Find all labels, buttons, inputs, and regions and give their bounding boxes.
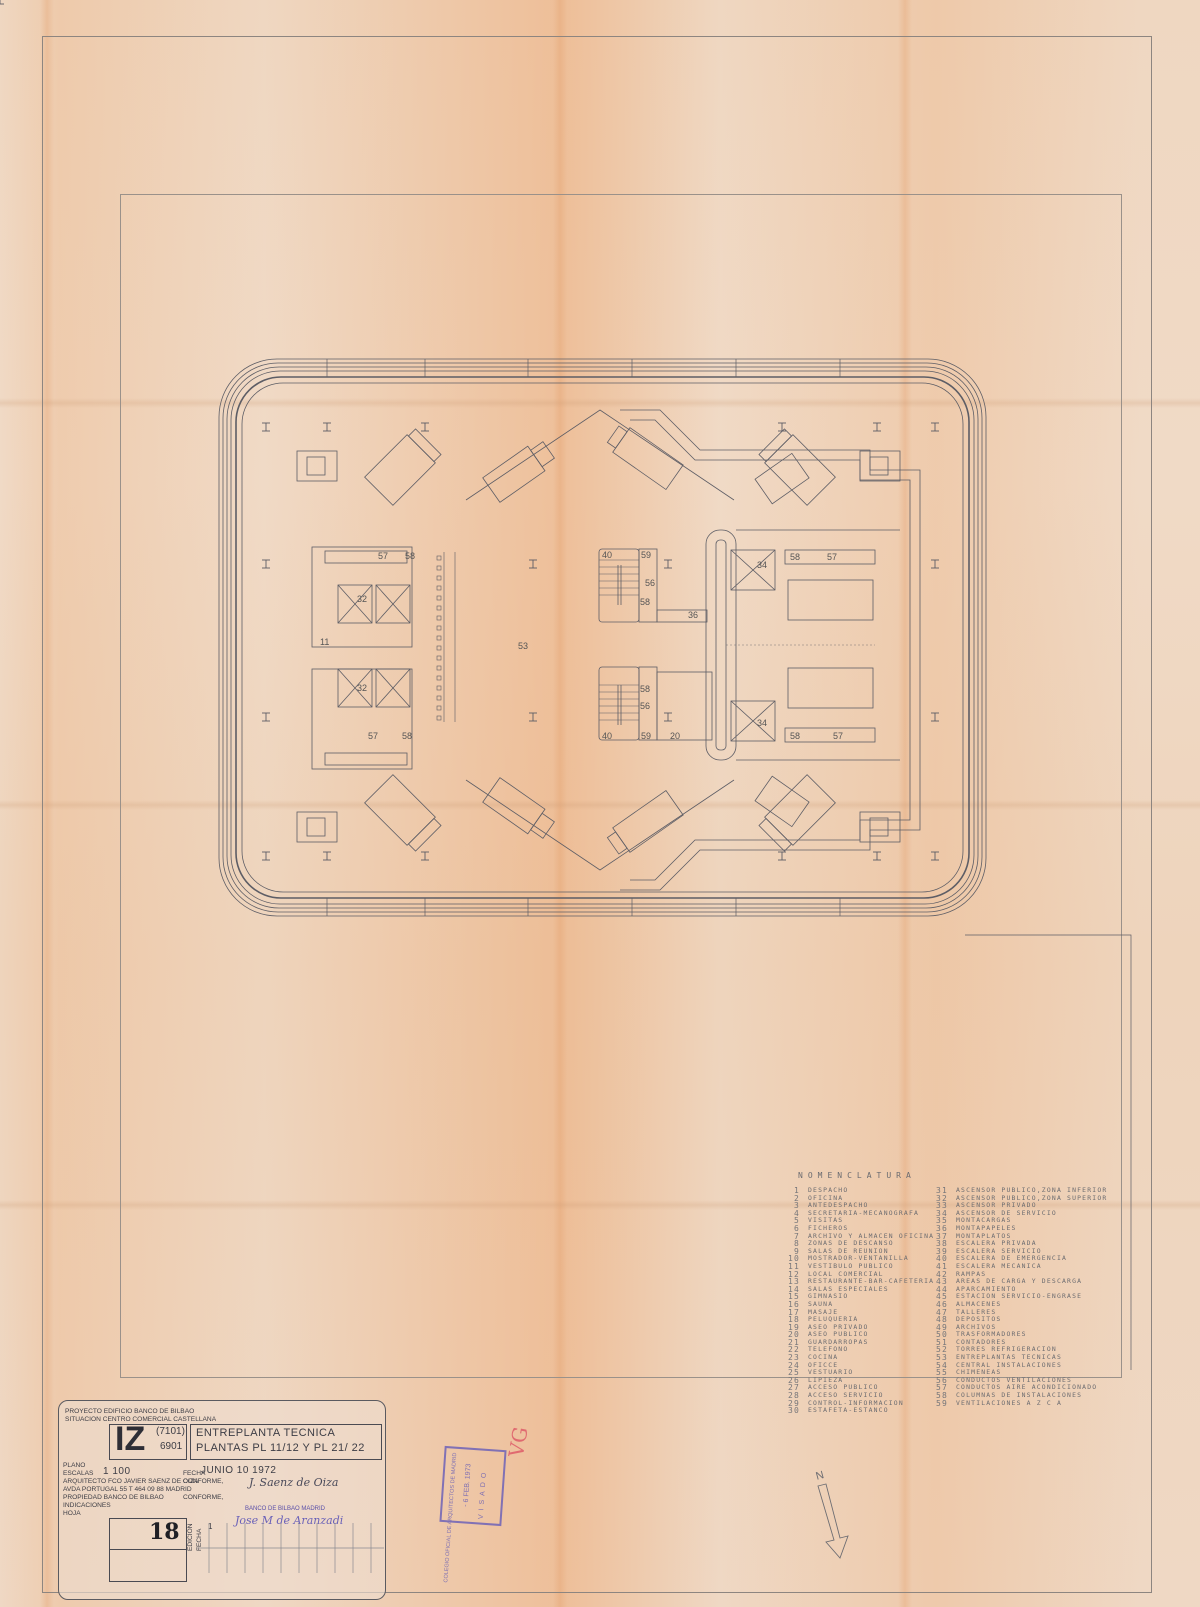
label-room-20: 20 [670,731,680,741]
legend-item: 23COCINA [784,1354,934,1362]
arquitecto-line: ARQUITECTO FCO JAVIER SAENZ DE OIZA [63,1478,198,1486]
legend-item: 15GIMNASIO [784,1293,934,1301]
legend-item: 5VISITAS [784,1217,934,1225]
label-right-57-bottom: 57 [833,731,843,741]
legend-item-label: VENTILACIONES A Z C A [956,1400,1062,1408]
legend-item: 25VESTUARIO [784,1369,934,1377]
label-zone-53: 53 [518,641,528,651]
legend-item: 1DESPACHO [784,1187,934,1195]
label-left-57-bottom: 57 [368,731,378,741]
hoja-number: 18 [149,1519,180,1545]
legend-item: 22TELEFONO [784,1346,934,1354]
label-stair-40-top: 40 [602,550,612,560]
plano-label: PLANO [63,1462,85,1470]
legend-item: 59VENTILACIONES A Z C A [932,1400,1107,1408]
hoja-label: HOJA [63,1510,81,1518]
north-arrow-icon [818,1484,848,1558]
label-vent-59-top: 59 [641,550,651,560]
label-right-58-bottom: 58 [790,731,800,741]
stamp-line-3: VISADO [478,1469,489,1520]
address-line: AVDA PORTUGAL 55 T 464 09 88 MADRID [63,1486,192,1494]
label-duct-56-top: 56 [645,578,655,588]
label-left-58-top: 58 [405,551,415,561]
legend-item: 30ESTAFETA-ESTANCO [784,1407,934,1415]
label-left-57-top: 57 [378,551,388,561]
proyecto-label: PROYECTO [65,1408,102,1415]
label-duct-56-bottom: 56 [640,701,650,711]
legend-column-right: 31ASCENSOR PUBLICO,ZONA INFERIOR32ASCENS… [932,1187,1107,1407]
sheet-code: IZ [115,1420,145,1459]
visa-stamp: COLEGIO OFICIAL DE ARQUITECTOS DE MADRID… [439,1446,506,1526]
bank-stamp: BANCO DE BILBAO MADRID [245,1505,325,1513]
legend-item: 17MASAJE [784,1309,934,1317]
signature-architect: J. Saenz de Oiza [249,1479,338,1487]
label-left-58-bottom: 58 [402,731,412,741]
escala-value: 1 100 [103,1466,131,1477]
code-number-1: (7101) [156,1426,185,1437]
proyecto-value: EDIFICIO BANCO DE BILBAO [104,1408,195,1415]
situacion-label: SITUACION [65,1416,101,1423]
label-dumbwaiter-36: 36 [688,610,698,620]
label-column-58-top: 58 [640,597,650,607]
edition-grid [189,1518,384,1580]
propiedad-line: PROPIEDAD BANCO DE BILBAO [63,1494,164,1502]
conforme-label-1: CONFORME, [183,1478,223,1486]
sheet-title: ENTREPLANTA TECNICA [196,1427,335,1439]
title-block: PROYECTO EDIFICIO BANCO DE BILBAO SITUAC… [58,1400,386,1600]
label-zone-11: 11 [320,637,329,647]
label-vent-59-bottom: 59 [641,731,651,741]
label-column-58-bottom: 58 [640,684,650,694]
legend-item: 16SAUNA [784,1301,934,1309]
legend-column-left: 1DESPACHO2OFICINA3ANTEDESPACHO4SECRETARI… [784,1187,934,1415]
label-elevator-32-top: 32 [357,594,367,604]
conforme-label-2: CONFORME, [183,1494,223,1502]
legend-item: 14SALAS ESPECIALES [784,1286,934,1294]
label-elevator-34-bottom: 34 [757,718,767,728]
label-elevator-34-top: 34 [757,560,767,570]
fecha-value: JUNIO 10 1972 [201,1465,276,1476]
label-elevator-32-bottom: 32 [357,683,367,693]
legend-item: 4SECRETARIA-MECANOGRAFA [784,1210,934,1218]
label-right-58-top: 58 [790,552,800,562]
code-number-2: 6901 [160,1441,182,1452]
legend-item-number: 30 [784,1407,800,1415]
legend-title: NOMENCLATURA [798,1171,916,1180]
label-right-57-top: 57 [827,552,837,562]
stamp-line-2: - 6 FEB. 1973 [463,1463,473,1507]
legend-item: 21GUARDARROPAS [784,1339,934,1347]
legend-item: 24OFICCE [784,1362,934,1370]
legend-item-number: 59 [932,1400,948,1408]
label-stair-40-bottom: 40 [602,731,612,741]
indicaciones-label: INDICACIONES [63,1502,111,1510]
sheet-subtitle: PLANTAS PL 11/12 Y PL 21/ 22 [196,1442,365,1454]
legend-item-label: ESTAFETA-ESTANCO [808,1407,889,1415]
escalas-label: ESCALAS [63,1470,93,1478]
